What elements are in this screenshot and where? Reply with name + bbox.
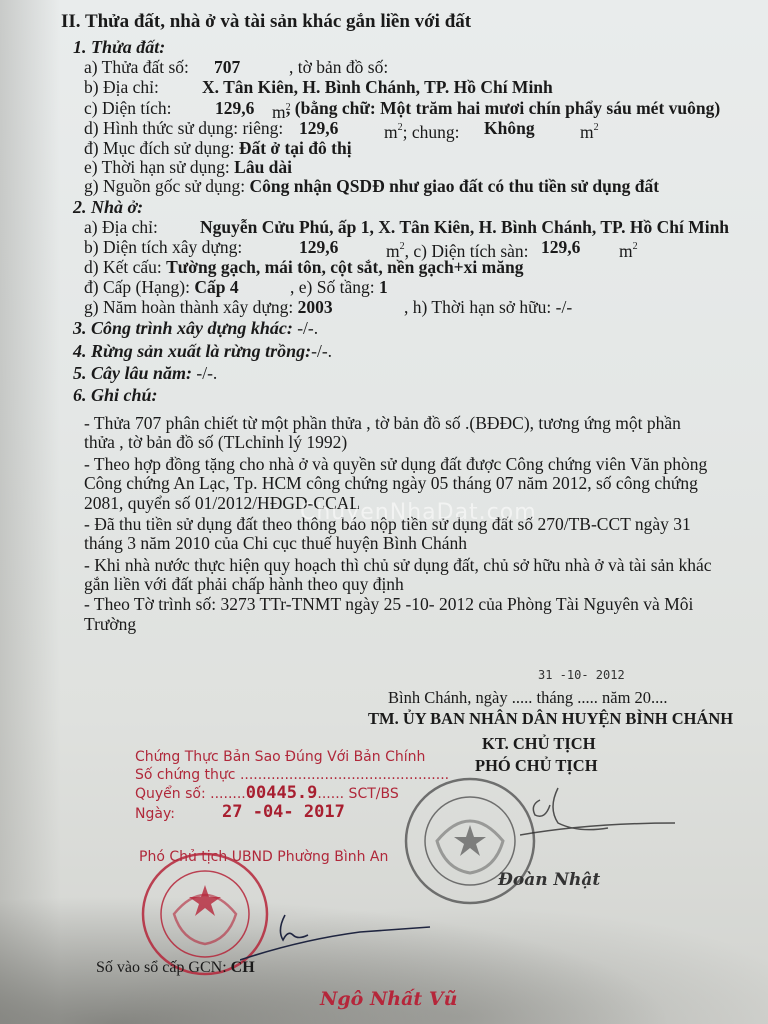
cert-number-label: Số chứng thực ..........................… (135, 767, 449, 783)
note-line: - Theo hợp đồng tặng cho nhà ở và quyền … (84, 454, 707, 474)
perennial-trees: 5. Cây lâu năm: -/-. (73, 363, 217, 383)
note-line: tháng 3 năm 2010 của Chi cục thuế huyện … (84, 533, 467, 553)
cert-book-row: Quyển số: ........00445.9...... SCT/BS (135, 783, 399, 803)
stamped-date: 31 -10- 2012 (538, 668, 625, 682)
cert-book-number: 00445.9 (246, 783, 318, 803)
house-heading: 2. Nhà ở: (73, 197, 143, 217)
note-line: - Theo Tờ trình số: 3273 TTr-TNMT ngày 2… (84, 594, 693, 614)
house-year-row: g) Năm hoàn thành xây dựng: 2003 , h) Th… (84, 297, 333, 317)
land-address: X. Tân Kiên, H. Bình Chánh, TP. Hồ Chí M… (202, 77, 553, 97)
district-signer-name: Đoàn Nhật (498, 870, 600, 890)
notes-heading: 6. Ghi chú: (73, 385, 158, 405)
land-parcel-row: a) Thửa đất số: 707 , tờ bản đồ số: (84, 57, 189, 77)
house-structure-row: d) Kết cấu: Tường gạch, mái tôn, cột sắt… (84, 257, 523, 277)
signer-title-2: PHÓ CHỦ TỊCH (475, 756, 598, 776)
note-line: Trường (84, 614, 136, 634)
land-area-row: c) Diện tích: 129,6 m2 , (bằng chữ: Một … (84, 98, 171, 118)
forest: 4. Rừng sản xuất là rừng trồng:-/-. (73, 341, 332, 361)
note-line: - Thửa 707 phân chiết từ một phần thửa ,… (84, 413, 681, 433)
land-heading: 1. Thửa đất: (73, 37, 165, 57)
note-line: Công chứng An Lạc, Tp. HCM công chứng ng… (84, 473, 698, 493)
note-line: gắn liền với đất phải chấp hành theo quy… (84, 574, 404, 594)
paper-shadow-left (0, 0, 60, 1024)
signer-title-1: KT. CHỦ TỊCH (482, 734, 596, 754)
district-signature-icon (520, 780, 680, 840)
ward-signer-name: Ngô Nhất Vũ (320, 988, 457, 1010)
place-date: Bình Chánh, ngày ..... tháng ..... năm 2… (388, 688, 668, 708)
section-title: II. Thửa đất, nhà ở và tài sản khác gắn … (61, 12, 471, 32)
land-term-row: e) Thời hạn sử dụng: Lâu dài (84, 157, 292, 177)
house-area-row: b) Diện tích xây dựng: 129,6 m2, c) Diện… (84, 237, 242, 257)
cert-date: 27 -04- 2017 (222, 802, 345, 822)
cert-title: Chứng Thực Bản Sao Đúng Với Bản Chính (135, 749, 425, 765)
registry-row: Số vào sổ cấp GCN: CH (96, 958, 255, 978)
land-origin-row: g) Nguồn gốc sử dụng: Công nhận QSDĐ như… (84, 176, 659, 196)
signing-org: TM. ỦY BAN NHÂN DÂN HUYỆN BÌNH CHÁNH (368, 709, 733, 729)
registry-number: CH (231, 959, 255, 976)
cert-date-row: Ngày: 27 -04- 2017 (135, 806, 175, 822)
ward-signature-icon (240, 905, 440, 965)
land-area: 129,6 (215, 98, 254, 118)
parcel-number: 707 (214, 57, 240, 77)
land-use-form-row: d) Hình thức sử dụng: riêng: 129,6 m2; c… (84, 118, 283, 138)
land-address-row: b) Địa chỉ: X. Tân Kiên, H. Bình Chánh, … (84, 77, 159, 97)
house-grade-row: đ) Cấp (Hạng): Cấp 4 , e) Số tầng: 1 (84, 277, 239, 297)
house-address-row: a) Địa chỉ: Nguyễn Cửu Phú, ấp 1, X. Tân… (84, 217, 158, 237)
land-area-words: , (bằng chữ: Một trăm hai mươi chín phẩy… (286, 98, 720, 118)
note-line: thửa , tờ bản đồ số (TLchỉnh lý 1992) (84, 432, 347, 452)
watermark: ChuyenNhaDat.com (300, 500, 537, 525)
other-construction: 3. Công trình xây dựng khác: -/-. (73, 318, 318, 338)
land-purpose-row: đ) Mục đích sử dụng: Đất ở tại đô thị (84, 138, 352, 158)
note-line: - Khi nhà nước thực hiện quy hoạch thì c… (84, 555, 712, 575)
